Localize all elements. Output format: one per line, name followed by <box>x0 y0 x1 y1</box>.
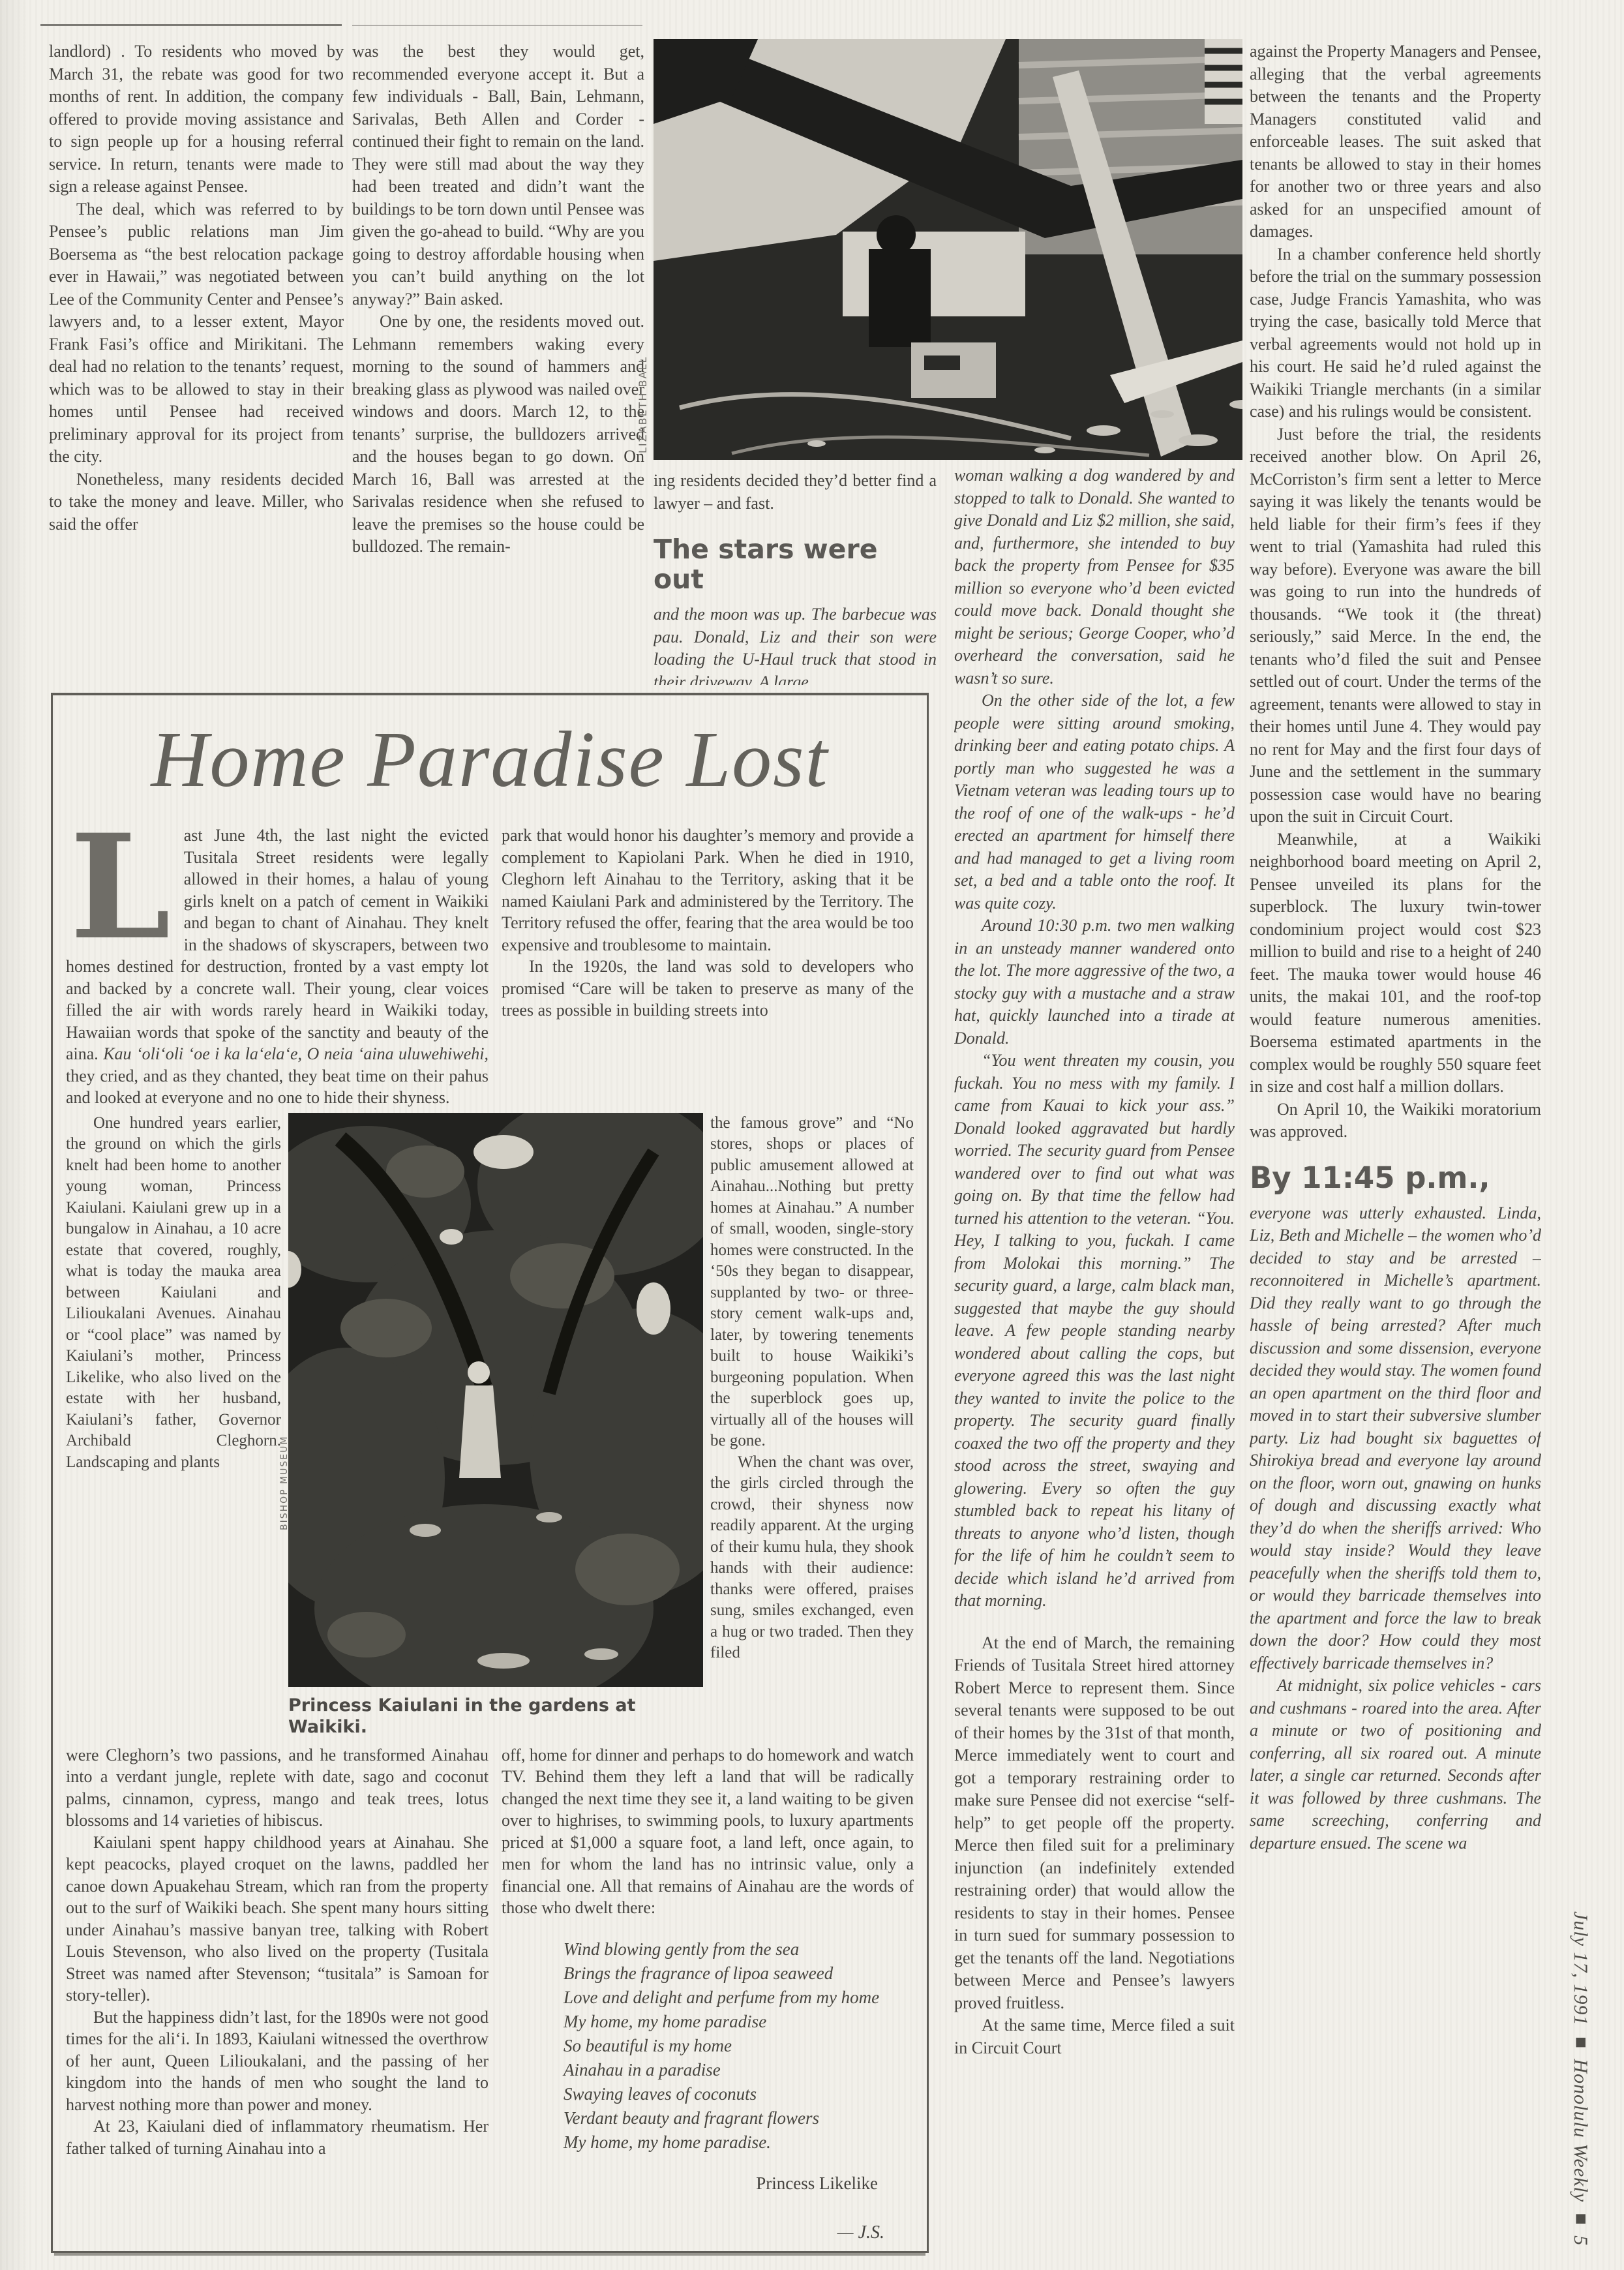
feature-bottom-row: were Cleghorn’s two passions, and he tra… <box>66 1744 914 2244</box>
paragraph: Just before the trial, the residents rec… <box>1250 423 1541 828</box>
poem-line: Verdant beauty and fragrant flowers <box>564 2106 914 2130</box>
by-1145-subhead: By 11:45 p.m., <box>1250 1163 1541 1193</box>
wreckage-photo <box>654 39 1242 460</box>
intro-text-tail: they cried, and as they chanted, they be… <box>66 1067 489 1108</box>
poem-line: My home, my home paradise <box>564 2010 914 2034</box>
feature-title: Home Paradise Lost <box>66 718 914 802</box>
drop-cap: L <box>70 830 171 945</box>
paragraph: against the Property Managers and Pensee… <box>1250 40 1541 243</box>
wreckage-photo-credit: LIZABETH BALL <box>637 356 649 453</box>
poem-line: So beautiful is my home <box>564 2034 914 2058</box>
paragraph: On the other side of the lot, a few peop… <box>954 689 1235 915</box>
column-4: woman walking a dog wandered by and stop… <box>954 464 1235 2249</box>
paragraph: At 23, Kaiulani died of inflammatory rhe… <box>66 2115 489 2159</box>
hawaiian-chant: Kau ‘oli‘oli ‘oe i ka la‘ela‘e, O neia ‘… <box>103 1044 489 1063</box>
paragraph: One hundred years earlier, the ground on… <box>66 1113 281 1474</box>
feature-intro-right: park that would honor his daughter’s mem… <box>502 825 914 1109</box>
poem-line: Swaying leaves of coconuts <box>564 2082 914 2106</box>
paragraph: were Cleghorn’s two passions, and he tra… <box>66 1744 489 1832</box>
feature-narrow-right: the famous grove” and “No stores, shops … <box>710 1113 914 1738</box>
paragraph: On April 10, the Waikiki moratorium was … <box>1250 1098 1541 1143</box>
paragraph: At midnight, six police vehicles - cars … <box>1250 1674 1541 1854</box>
princess-photo-cell: BISHOP MUSEUM Princess Kaiulani in the g… <box>288 1113 703 1738</box>
paragraph: When the chant was over, the girls circl… <box>710 1452 914 1664</box>
paragraph: ing residents decided they’d better find… <box>654 470 937 515</box>
paragraph: In the 1920s, the land was sold to devel… <box>502 956 914 1021</box>
paragraph: Last June 4th, the last night the evicte… <box>66 825 489 1109</box>
paragraph: was the best they would get, recommended… <box>352 40 644 310</box>
poem: Wind blowing gently from the sea Brings … <box>564 1937 914 2155</box>
paragraph: At the end of March, the remaining Frien… <box>954 1632 1235 2015</box>
column-5: against the Property Managers and Pensee… <box>1250 40 1541 2253</box>
paragraph: One by one, the residents moved out. Leh… <box>352 310 644 558</box>
paragraph: Around 10:30 p.m. two men walking in an … <box>954 915 1235 1050</box>
poem-line: Ainahau in a paradise <box>564 2058 914 2082</box>
feature-intro-left: Last June 4th, the last night the evicte… <box>66 825 489 1109</box>
poem-attribution: Princess Likelike <box>502 2173 878 2195</box>
paragraph: In a chamber conference held shortly bef… <box>1250 243 1541 423</box>
feature-bottom-left: were Cleghorn’s two passions, and he tra… <box>66 1744 489 2244</box>
feature-intro-row: Last June 4th, the last night the evicte… <box>66 825 914 1109</box>
paragraph: The deal, which was referred to by Pense… <box>49 198 344 468</box>
stars-subhead: The stars were out <box>654 534 937 594</box>
top-rule-left <box>40 24 342 26</box>
paragraph: woman walking a dog wandered by and stop… <box>954 464 1235 689</box>
princess-photo <box>288 1113 703 1687</box>
wreckage-photo-art <box>654 39 1242 460</box>
poem-line: Brings the fragrance of lipoa seaweed <box>564 1961 914 1986</box>
top-rule-right <box>352 25 642 26</box>
paragraph: “You went threaten my cousin, you fuckah… <box>954 1050 1235 1612</box>
princess-photo-credit: BISHOP MUSEUM <box>274 1435 296 1530</box>
poem-line: My home, my home paradise. <box>564 2130 914 2155</box>
page-folio-edge-text: July 17, 1991 ■ Honolulu Weekly ■ 5 <box>1569 1911 1591 2270</box>
poem-line: Love and delight and perfume from my hom… <box>564 1986 914 2010</box>
feature-article: Home Paradise Lost Last June 4th, the la… <box>51 693 929 2253</box>
paragraph: Nonetheless, many residents decided to t… <box>49 468 344 536</box>
paragraph: park that would honor his daughter’s mem… <box>502 825 914 956</box>
paragraph: off, home for dinner and perhaps to do h… <box>502 1744 914 1919</box>
paragraph: But the happiness didn’t last, for the 1… <box>66 2006 489 2116</box>
paragraph: landlord) . To residents who moved by Ma… <box>49 40 344 198</box>
column-2: was the best they would get, recommended… <box>352 40 644 681</box>
paragraph: the famous grove” and “No stores, shops … <box>710 1113 914 1452</box>
feature-photo-row: One hundred years earlier, the ground on… <box>66 1113 914 1738</box>
author-byline: — J.S. <box>502 2222 884 2244</box>
paragraph: At the same time, Merce filed a suit in … <box>954 2014 1235 2059</box>
princess-photo-art <box>288 1113 703 1687</box>
princess-photo-caption: Princess Kaiulani in the gardens at Waik… <box>288 1695 703 1738</box>
feature-narrow-left: One hundred years earlier, the ground on… <box>66 1113 281 1738</box>
column-1: landlord) . To residents who moved by Ma… <box>49 40 344 681</box>
newspaper-page: { "page": { "edge_text": "July 17, 1991 … <box>0 0 1624 2270</box>
paragraph: Meanwhile, at a Waikiki neighborhood boa… <box>1250 828 1541 1098</box>
column-3: ing residents decided they’d better find… <box>654 470 937 685</box>
feature-bottom-right: off, home for dinner and perhaps to do h… <box>502 1744 914 2244</box>
paragraph: everyone was utterly exhausted. Linda, L… <box>1250 1202 1541 1675</box>
paragraph: Kaiulani spent happy childhood years at … <box>66 1832 489 2006</box>
paragraph: and the moon was up. The barbecue was pa… <box>654 603 937 685</box>
poem-line: Wind blowing gently from the sea <box>564 1937 914 1961</box>
